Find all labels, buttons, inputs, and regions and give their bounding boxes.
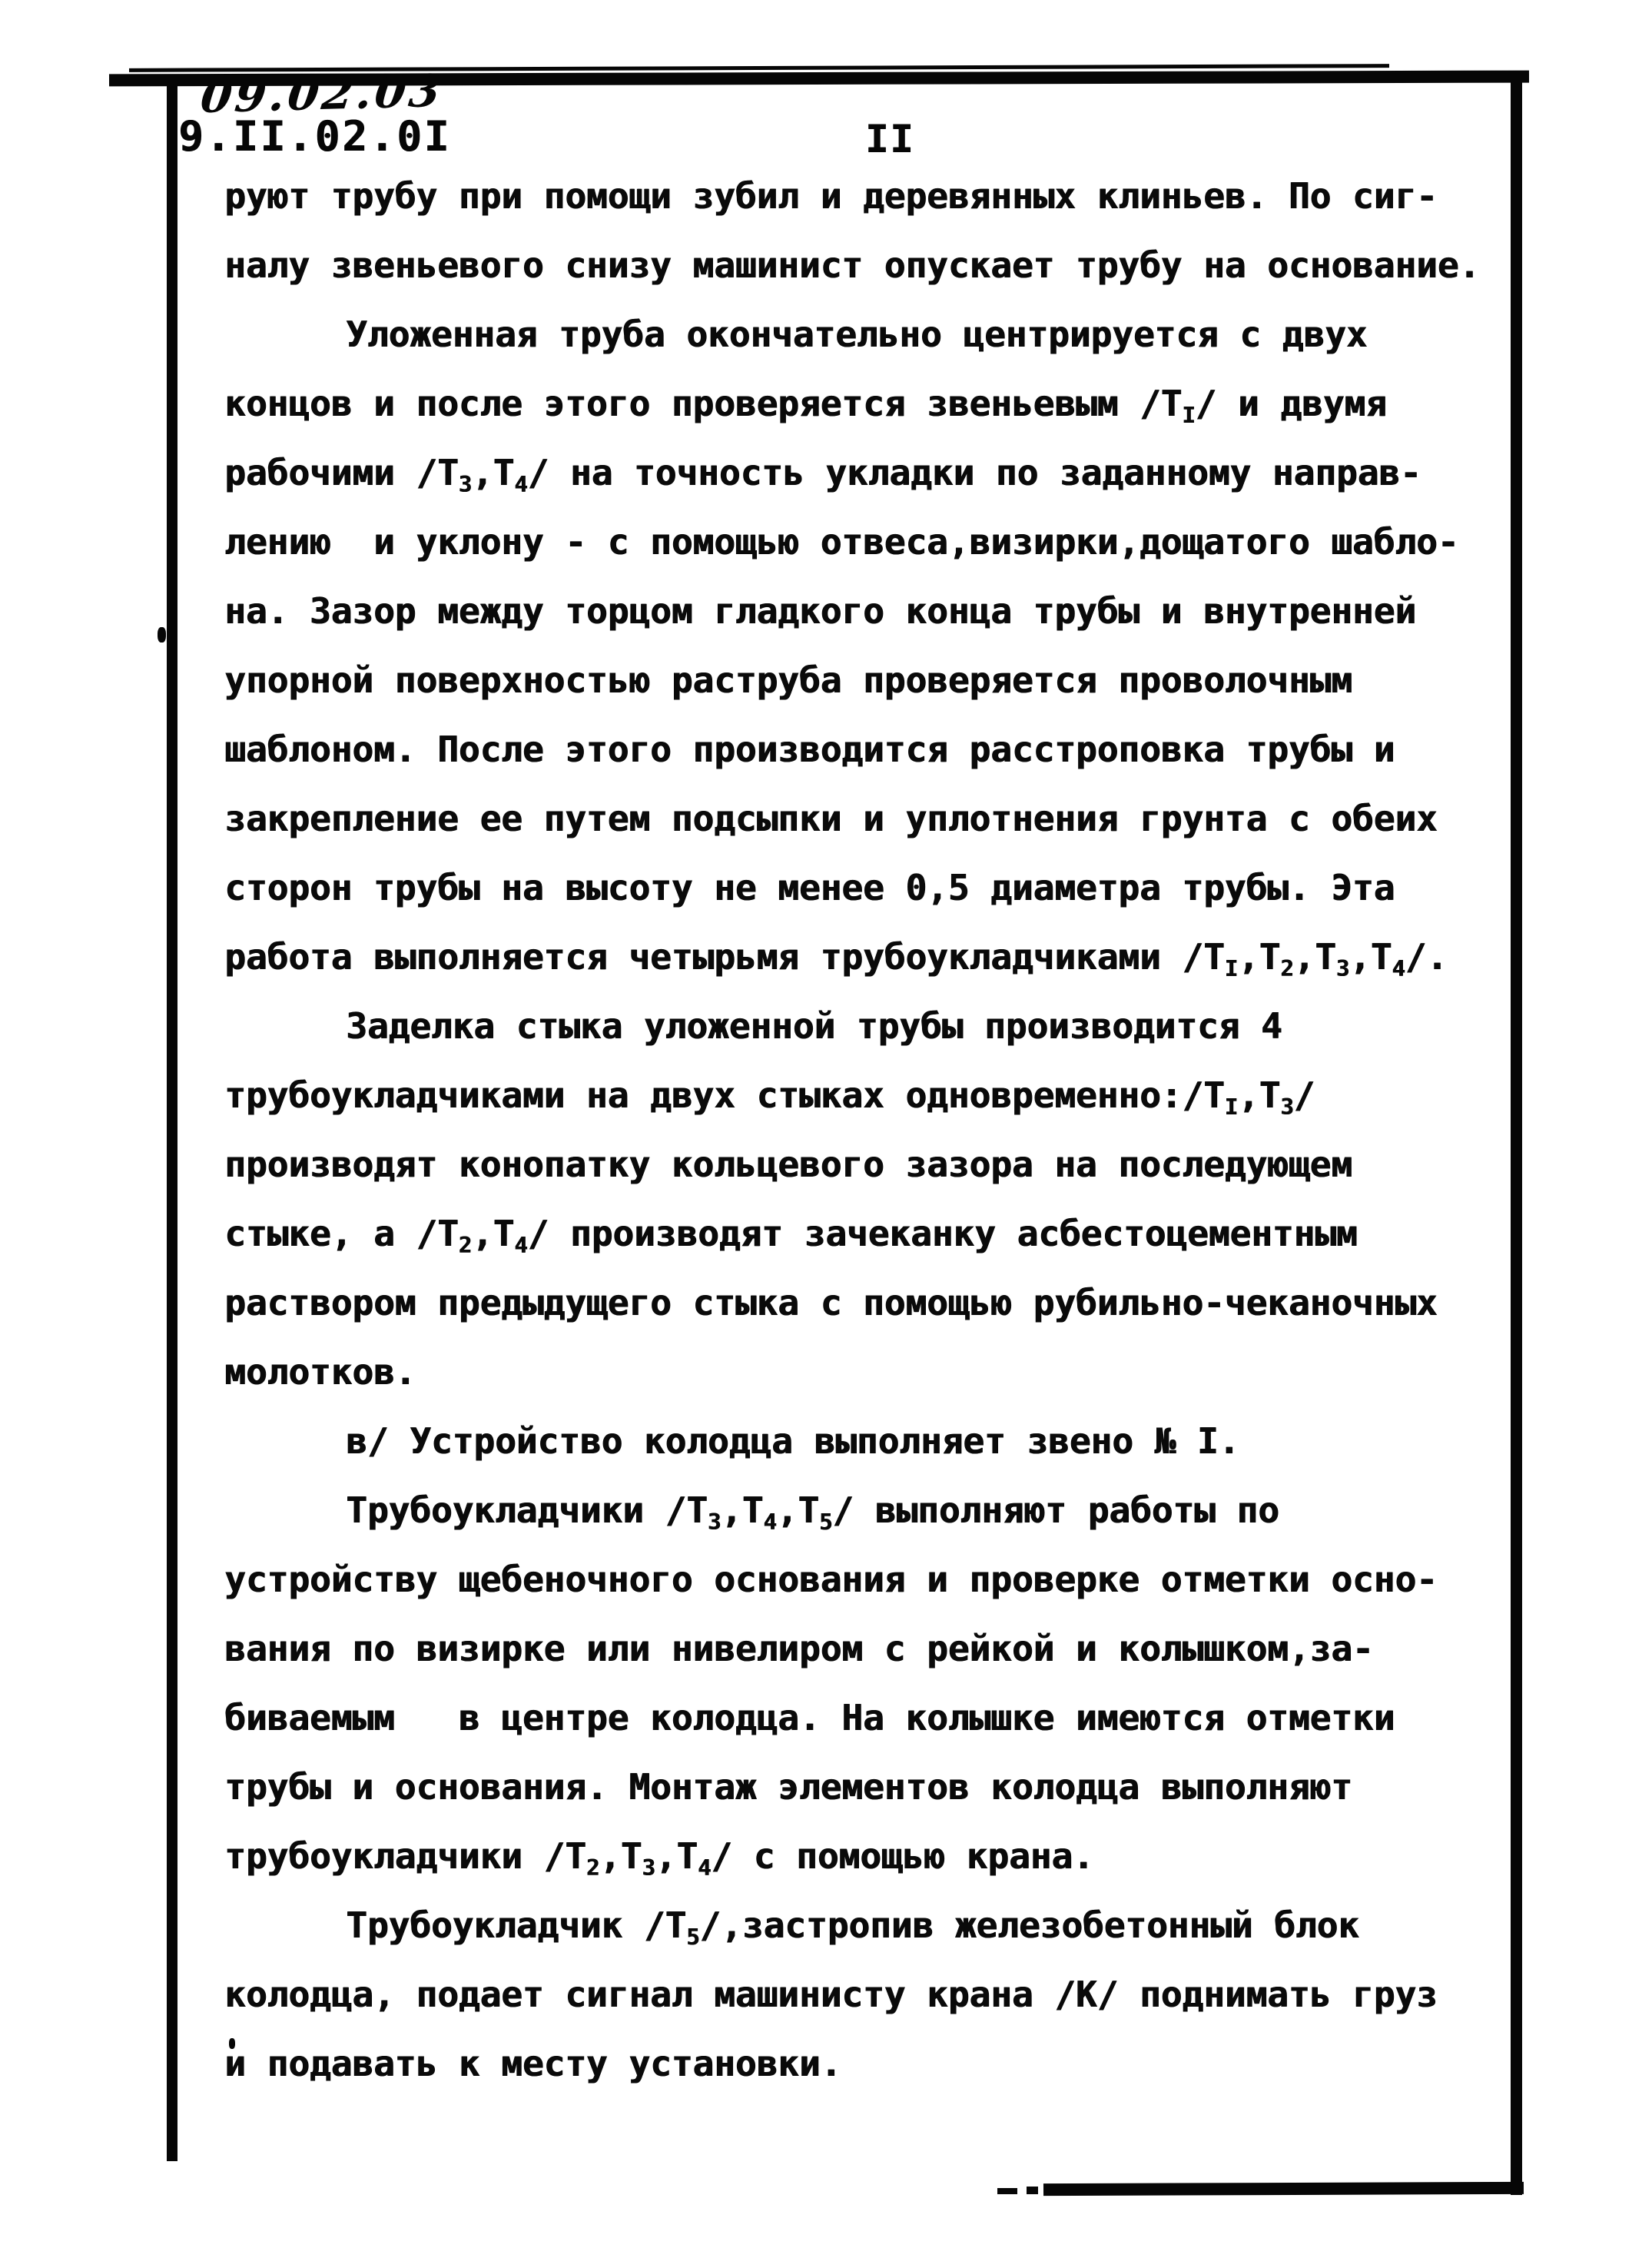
text-line: молотков. <box>224 1337 1531 1406</box>
text-line: закрепление ее путем подсыпки и уплотнен… <box>224 784 1531 853</box>
text-line: шаблоном. После этого производится расст… <box>224 715 1531 784</box>
text-line: упорной поверхностью раструба проверяетс… <box>224 646 1531 715</box>
text-line: устройству щебеночного основания и прове… <box>224 1545 1531 1614</box>
text-line: трубы и основания. Монтаж элементов коло… <box>224 1752 1531 1821</box>
text-line: Заделка стыка уложенной трубы производит… <box>224 991 1531 1061</box>
page-frame-bottom-right <box>1043 2182 1524 2196</box>
text-line: на. Зазор между торцом гладкого конца тр… <box>224 576 1531 646</box>
text-line: лению и уклону - с помощью отвеса,визирк… <box>224 507 1531 576</box>
text-line: налу звеньевого снизу машинист опускает … <box>224 231 1531 300</box>
text-line: в/ Устройство колодца выполняет звено № … <box>224 1406 1531 1476</box>
text-line: производят конопатку кольцевого зазора н… <box>224 1130 1531 1199</box>
text-line: стыке, а /Т2,Т4/ производят зачеканку ас… <box>224 1199 1531 1268</box>
text-line: и подавать к месту установки. <box>224 2029 1531 2098</box>
text-line: Трубоукладчик /Т5/,застропив железобетон… <box>224 1891 1531 1960</box>
page-frame-left <box>167 75 177 2161</box>
scanned-page: 09.02.03 9.II.02.0I II руют трубу при по… <box>0 0 1652 2258</box>
text-line: Уложенная труба окончательно центрируетс… <box>224 300 1531 369</box>
text-line: рабочими /Т3,Т4/ на точность укладки по … <box>224 438 1531 507</box>
scan-artifact <box>158 627 166 643</box>
text-line: раствором предыдущего стыка с помощью ру… <box>224 1268 1531 1337</box>
text-line: работа выполняется четырьмя трубоукладчи… <box>224 922 1531 991</box>
text-line: трубоукладчиками на двух стыках одноврем… <box>224 1061 1531 1130</box>
text-line: колодца, подает сигнал машинисту крана /… <box>224 1960 1531 2029</box>
page-frame-bottom-dash <box>997 2188 1017 2194</box>
text-line: Трубоукладчики /Т3,Т4,Т5/ выполняют рабо… <box>224 1476 1531 1545</box>
text-line: вания по визирке или нивелиром с рейкой … <box>224 1614 1531 1683</box>
text-line: руют трубу при помощи зубил и деревянных… <box>224 161 1531 231</box>
document-code: 9.II.02.0I <box>178 112 451 161</box>
text-line: сторон трубы на высоту не менее 0,5 диам… <box>224 853 1531 922</box>
text-line: трубоукладчики /Т2,Т3,Т4/ с помощью кран… <box>224 1821 1531 1891</box>
text-line: биваемым в центре колодца. На колышке им… <box>224 1683 1531 1752</box>
page-frame-bottom-dash <box>1027 2187 1038 2194</box>
text-line: концов и после этого проверяется звеньев… <box>224 369 1531 438</box>
page-number: II <box>865 117 914 161</box>
typewritten-text: руют трубу при помощи зубил и деревянных… <box>224 161 1531 2098</box>
